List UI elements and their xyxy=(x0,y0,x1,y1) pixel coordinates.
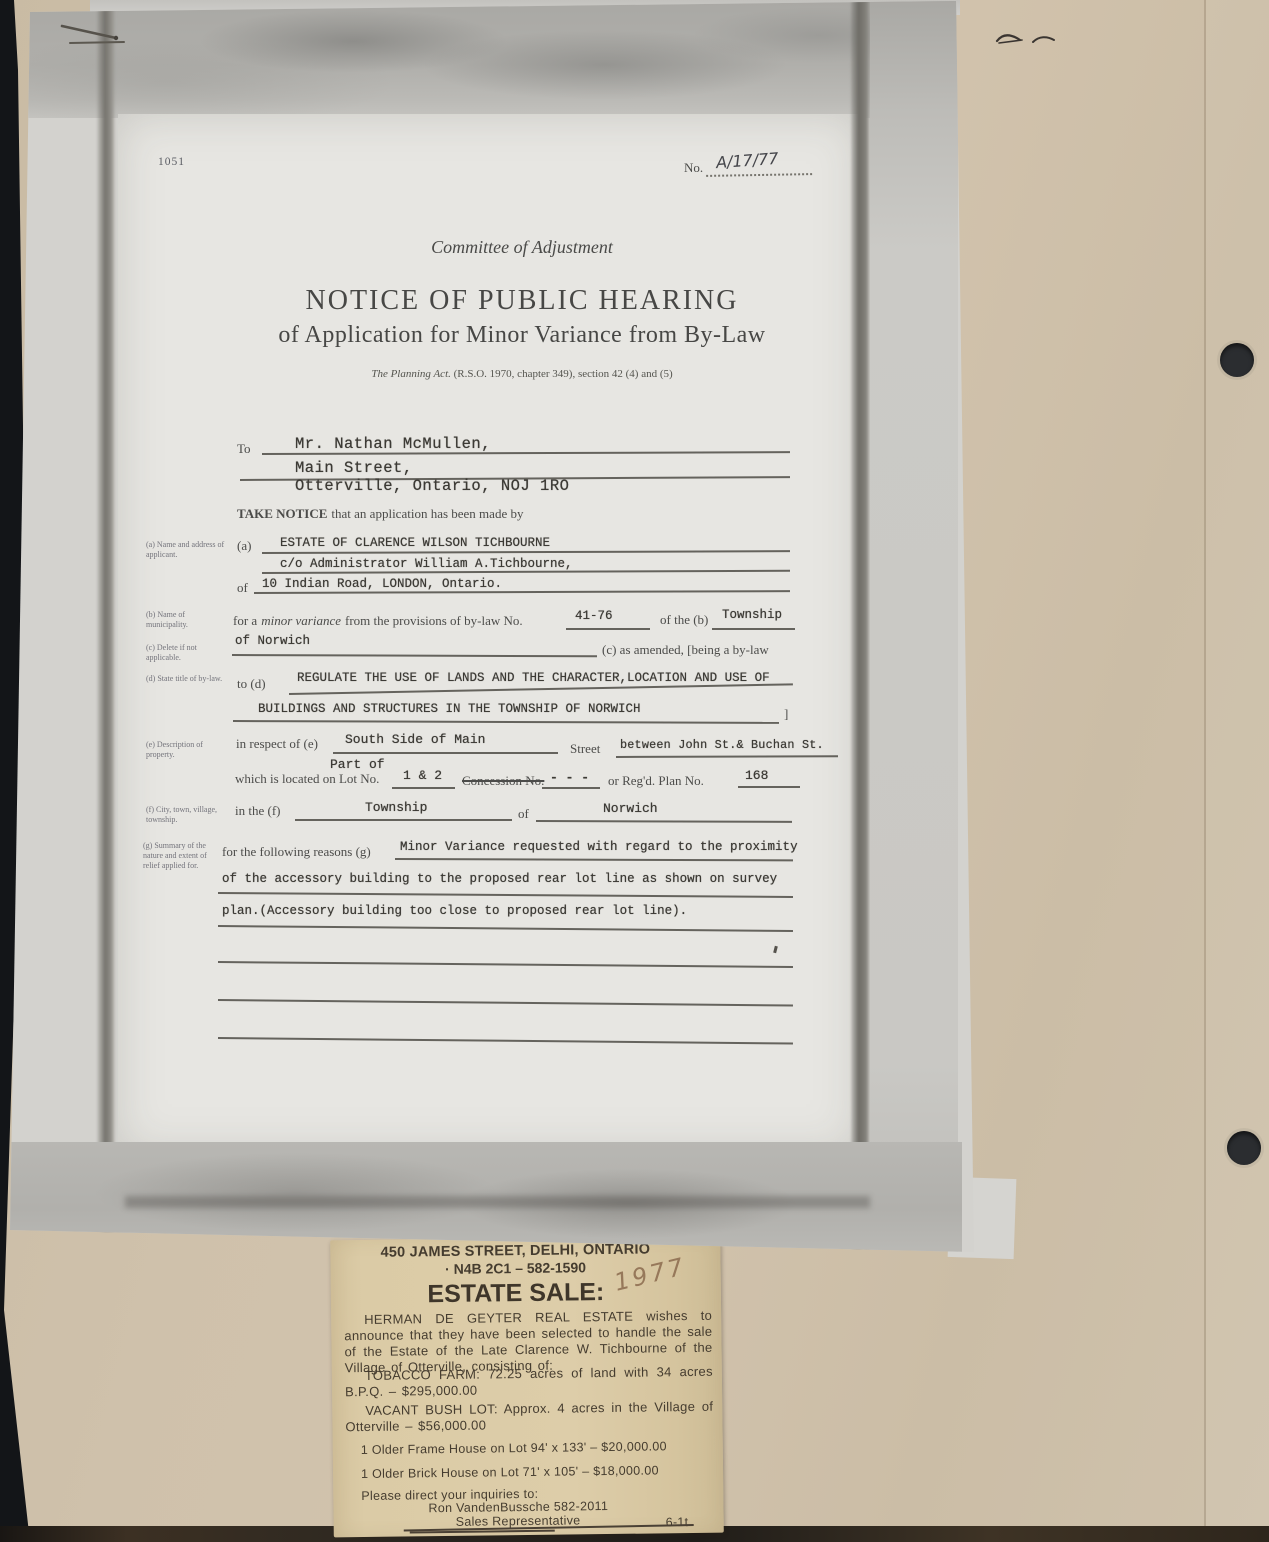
punch-hole-top xyxy=(1220,343,1254,377)
act-citation-line: The Planning Act. (R.S.O. 1970, chapter … xyxy=(222,368,822,380)
margin-label-c: (c) Delete if not applicable. xyxy=(146,643,228,663)
plan-label: or Reg'd. Plan No. xyxy=(608,773,704,789)
municipality-of: of Norwich xyxy=(235,634,310,648)
pen-mark-icon xyxy=(993,26,1073,56)
field-b-line: for a minor variance from the provisions… xyxy=(233,612,523,630)
margin-label-f: (f) City, town, village, township. xyxy=(146,805,228,825)
street-label: Street xyxy=(570,741,600,757)
concession-label: Concession No. xyxy=(462,773,544,789)
bylaw-title-line1: REGULATE THE USE OF LANDS AND THE CHARAC… xyxy=(297,671,770,685)
field-b-lead-italic: minor variance xyxy=(261,613,341,628)
scrapbook-photo: 1051 No. A/17/77 Committee of Adjustment… xyxy=(0,0,1269,1542)
field-f-municipality: Norwich xyxy=(603,801,658,816)
lot-value: 1 & 2 xyxy=(403,768,442,783)
plan-value: 168 xyxy=(745,768,768,783)
margin-label-a: (a) Name and address of applicant. xyxy=(146,540,228,560)
take-notice-rest: that an application has been made by xyxy=(331,506,523,521)
form-no-label: No. xyxy=(684,160,703,176)
field-d-bracket: ] xyxy=(784,706,788,722)
clipping-listing-tobacco-farm: TOBACCO FARM: 72.25 acres of land with 3… xyxy=(345,1364,713,1400)
reason-line1: Minor Variance requested with regard to … xyxy=(400,840,798,854)
field-b-of-the: of the (b) xyxy=(660,612,708,628)
field-g-lead: for the following reasons (g) xyxy=(222,844,371,860)
field-b-lead-rest: from the provisions of by-law No. xyxy=(345,613,523,628)
concession-value: - - - xyxy=(550,770,589,785)
clipping-listing-brick-house: 1 Older Brick House on Lot 71' x 105' – … xyxy=(361,1463,659,1481)
clipping-bottom-rule-2 xyxy=(410,1530,555,1534)
ruled-line xyxy=(295,819,512,821)
toner-smudge-top xyxy=(28,0,958,118)
margin-label-d: (d) State title of by-law. xyxy=(146,674,228,684)
township-value: Township xyxy=(365,800,427,815)
located-lead: which is located on Lot No. xyxy=(235,771,379,787)
clipping-listing-frame-house: 1 Older Frame House on Lot 94' x 133' – … xyxy=(361,1439,667,1457)
bylaw-number: 41-76 xyxy=(575,609,613,623)
recipient-city: Otterville, Ontario, NOJ 1RO xyxy=(295,477,569,495)
recipient-name: Mr. Nathan McMullen, xyxy=(295,435,491,453)
ruled-line xyxy=(566,628,650,630)
municipality-type: Township xyxy=(722,608,782,622)
clipping-contact-name: Ron VandenBussche 582-2011 xyxy=(428,1499,608,1515)
punch-hole-bottom xyxy=(1227,1131,1261,1165)
dotted-leader-line xyxy=(706,159,812,177)
ruled-line xyxy=(738,786,800,788)
form-code: 1051 xyxy=(158,156,185,168)
act-name: The Planning Act. xyxy=(371,368,451,380)
act-citation: (R.S.O. 1970, chapter 349), section 42 (… xyxy=(454,368,673,380)
ruled-line xyxy=(712,628,795,630)
committee-heading: Committee of Adjustment xyxy=(222,237,822,258)
recipient-street: Main Street, xyxy=(295,459,413,477)
field-a-of-label: of xyxy=(237,580,248,596)
clipping-listing-bush-lot: VACANT BUSH LOT: Approx. 4 acres in the … xyxy=(345,1399,713,1435)
toner-streak-left xyxy=(97,8,115,1234)
newspaper-clipping: 450 JAMES STREET, DELHI, ONTARIO · N4B 2… xyxy=(330,1236,724,1538)
ruled-line xyxy=(542,787,600,789)
ruled-line xyxy=(392,787,455,789)
staple-icon xyxy=(52,18,142,52)
applicant-administrator: c/o Administrator William A.Tichbourne, xyxy=(280,557,573,571)
field-f-lead: in the (f) xyxy=(235,803,280,819)
street-value: South Side of Main xyxy=(345,732,485,747)
take-notice-lead: TAKE NOTICE xyxy=(237,506,327,521)
margin-label-b: (b) Name of municipality. xyxy=(146,610,228,630)
reason-line3: plan.(Accessory building too close to pr… xyxy=(222,904,687,918)
toner-streak-bottom xyxy=(125,1196,870,1208)
field-b-lead: for a xyxy=(233,613,257,628)
field-d-lead: to (d) xyxy=(237,676,266,692)
bylaw-title-line2: BUILDINGS AND STRUCTURES IN THE TOWNSHIP… xyxy=(258,702,641,716)
photocopy-sheet: 1051 No. A/17/77 Committee of Adjustment… xyxy=(0,0,982,1258)
part-of-note: Part of xyxy=(330,757,385,772)
ruled-line xyxy=(333,752,558,754)
field-f-of-label: of xyxy=(518,806,529,822)
field-e-lead: in respect of (e) xyxy=(236,736,318,752)
reason-line2: of the accessory building to the propose… xyxy=(222,872,777,886)
notice-title-line1: NOTICE OF PUBLIC HEARING xyxy=(222,285,822,317)
margin-label-e: (e) Description of property. xyxy=(146,740,228,760)
take-notice-line: TAKE NOTICE that an application has been… xyxy=(237,505,523,523)
toner-streak-right xyxy=(851,0,870,1252)
photocopy-right-margin xyxy=(870,0,958,1252)
page-edge-highlight xyxy=(1206,0,1269,1542)
margin-label-g: (g) Summary of the nature and extent of … xyxy=(143,841,225,871)
between-value: between John St.& Buchan St. xyxy=(620,738,824,752)
field-a-tag: (a) xyxy=(237,538,251,554)
to-label: To xyxy=(237,441,251,457)
applicant-address: 10 Indian Road, LONDON, Ontario. xyxy=(262,577,502,591)
applicant-name: ESTATE OF CLARENCE WILSON TICHBOURNE xyxy=(280,536,550,550)
form-page xyxy=(118,114,860,1154)
amended-note: (c) as amended, [being a by-law xyxy=(602,642,769,658)
notice-title-line2: of Application for Minor Variance from B… xyxy=(222,322,822,349)
clipping-ad-code: 6-1t xyxy=(666,1515,689,1529)
